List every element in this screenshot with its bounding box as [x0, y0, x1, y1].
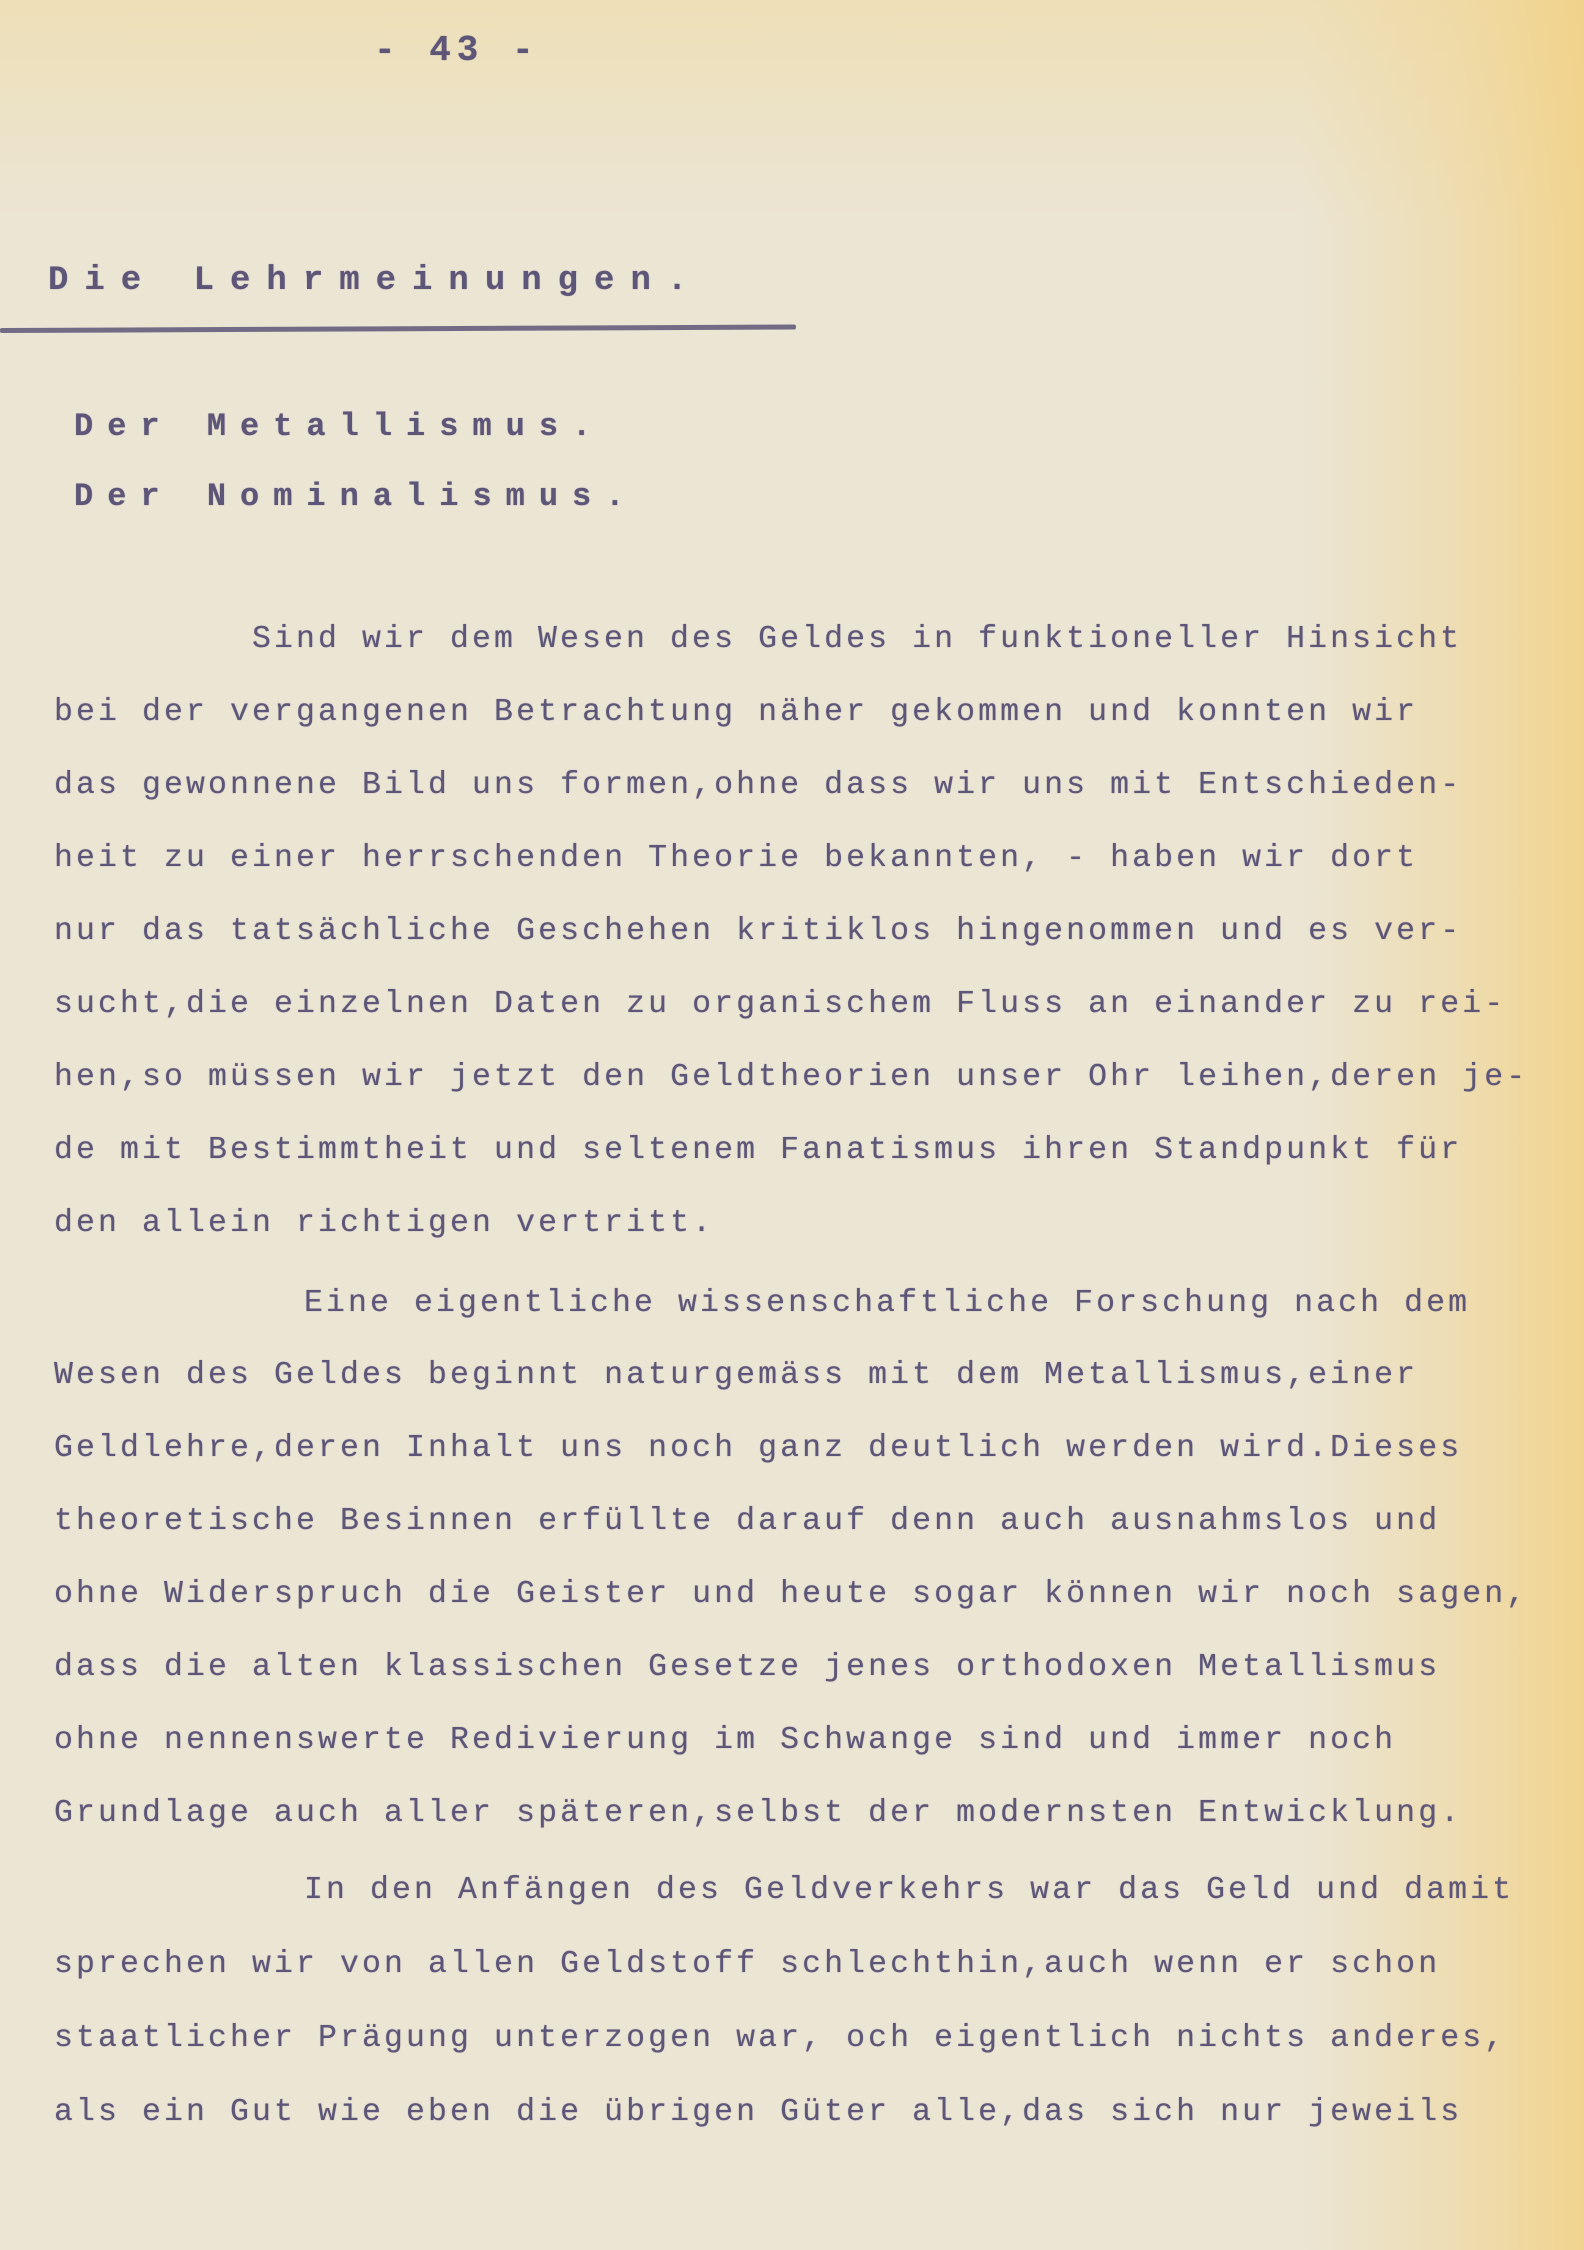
text-line: dass die alten klassischen Gesetze jenes… [54, 1650, 1440, 1685]
page-number: - 43 - [374, 30, 540, 71]
title-underline [0, 325, 796, 333]
text-line: hen,so müssen wir jetzt den Geldtheorien… [54, 1060, 1528, 1095]
text-line: nur das tatsächliche Geschehen kritiklos… [54, 914, 1462, 949]
text-line: das gewonnene Bild uns formen,ohne dass … [54, 768, 1462, 803]
text-line: staatlicher Prägung unterzogen war, och … [54, 2021, 1506, 2056]
text-line: als ein Gut wie eben die übrigen Güter a… [54, 2095, 1462, 2130]
text-line: Wesen des Geldes beginnt naturgemäss mit… [54, 1358, 1418, 1393]
text-line: Geldlehre,deren Inhalt uns noch ganz deu… [54, 1431, 1462, 1466]
text-line: Sind wir dem Wesen des Geldes in funktio… [252, 622, 1462, 657]
text-line: bei der vergangenen Betrachtung näher ge… [54, 695, 1418, 730]
text-line: de mit Bestimmtheit und seltenem Fanatis… [54, 1133, 1462, 1168]
text-line: In den Anfängen des Geldverkehrs war das… [304, 1873, 1514, 1908]
text-line: Grundlage auch aller späteren,selbst der… [54, 1796, 1462, 1831]
subheading-metallismus: Der Metallismus. [74, 408, 605, 445]
text-line: ohne nennenswerte Redivierung im Schwang… [54, 1723, 1396, 1758]
text-line: ohne Widerspruch die Geister und heute s… [54, 1577, 1528, 1612]
text-line: theoretische Besinnen erfüllte darauf de… [54, 1504, 1440, 1539]
subheading-nominalismus: Der Nominalismus. [74, 478, 638, 515]
text-line: sucht,die einzelnen Daten zu organischem… [54, 987, 1506, 1022]
text-line: heit zu einer herrschenden Theorie bekan… [54, 841, 1418, 876]
text-line: Eine eigentliche wissenschaftliche Forsc… [304, 1286, 1470, 1321]
typewritten-page: - 43 - Die Lehrmeinungen. Der Metallismu… [0, 0, 1584, 2250]
text-line: sprechen wir von allen Geldstoff schlech… [54, 1947, 1440, 1982]
section-title: Die Lehrmeinungen. [48, 262, 703, 300]
text-line: den allein richtigen vertritt. [54, 1206, 714, 1241]
